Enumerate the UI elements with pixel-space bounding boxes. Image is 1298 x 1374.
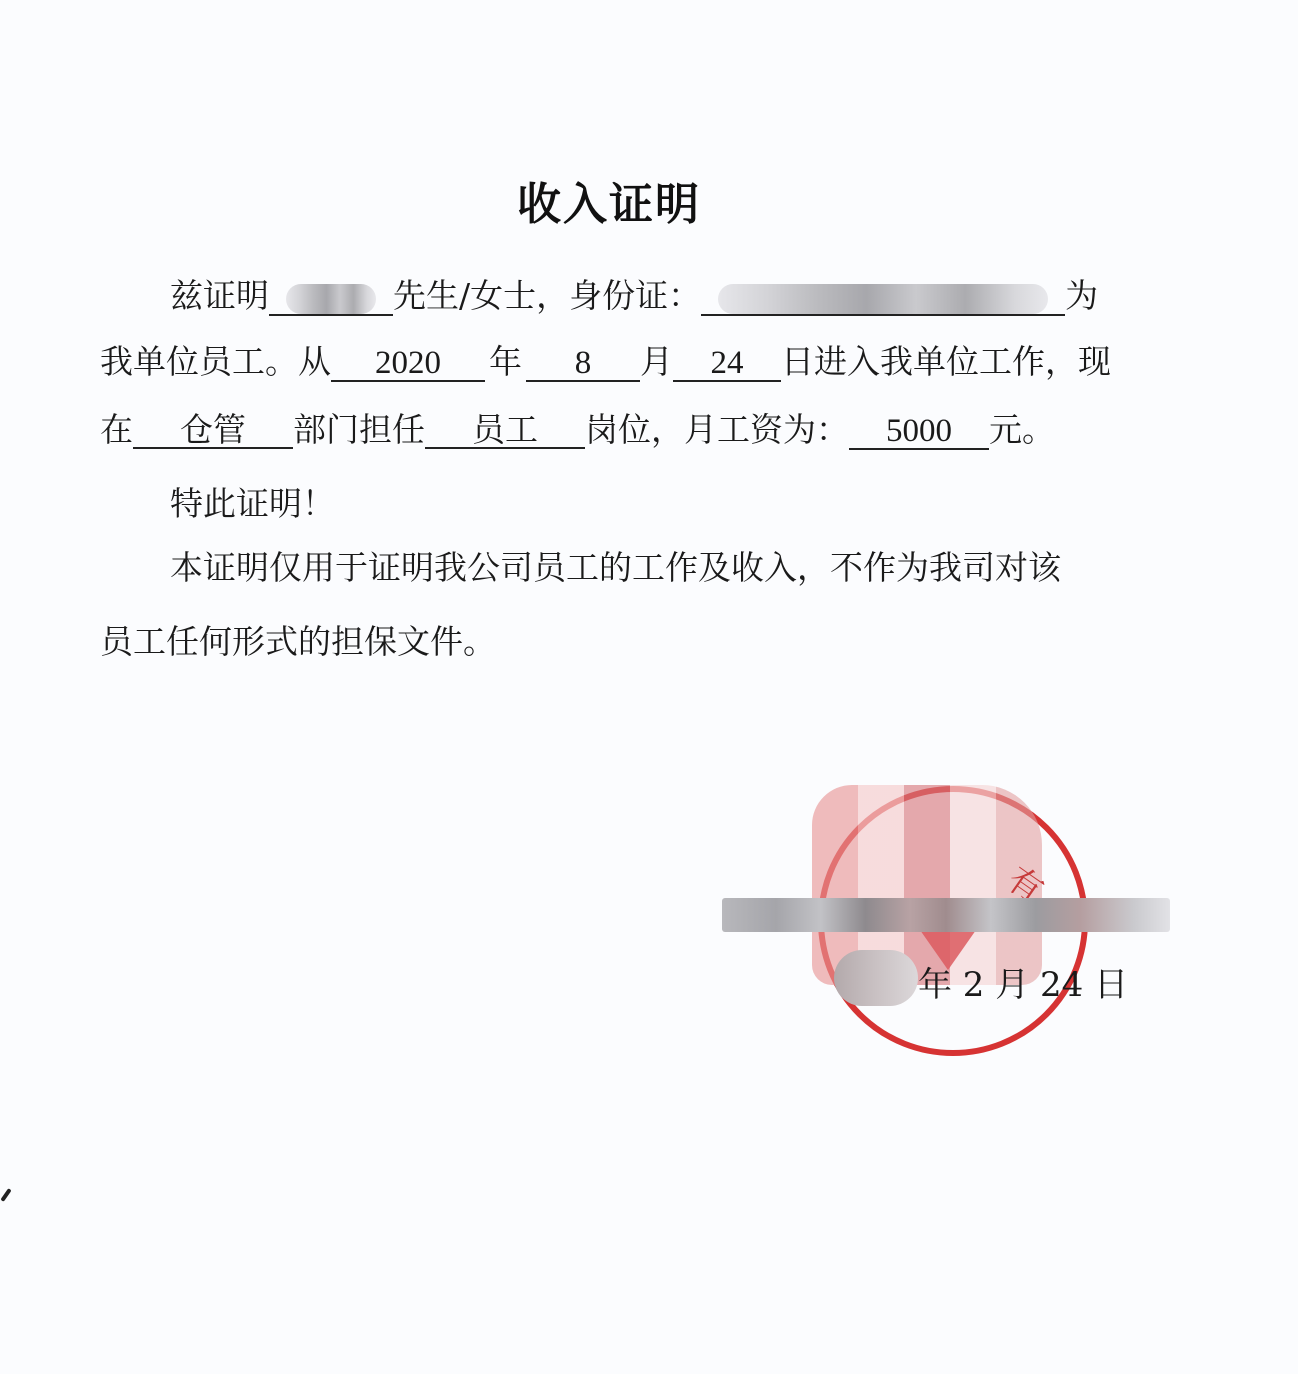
line2-suffix: 日进入我单位工作，现 — [781, 342, 1111, 381]
scan-mark — [0, 1188, 11, 1202]
certify-line-3: 在仓管部门担任员工岗位，月工资为：5000元。 — [100, 410, 1055, 450]
certify-line-2: 我单位员工。从2020年8月24日进入我单位工作，现 — [100, 342, 1111, 382]
position-label: 岗位，月工资为： — [585, 410, 849, 449]
signature-date: 年 2 月 24 日 — [918, 957, 1128, 1006]
company-name-redacted — [722, 898, 1170, 932]
name-field-redacted — [269, 280, 393, 316]
month-label: 月 — [640, 342, 673, 381]
closing-statement: 特此证明！ — [170, 484, 335, 524]
year-label: 年 — [485, 342, 526, 381]
honorific-label: 先生/女士，身份证： — [393, 276, 701, 315]
redaction-blur — [286, 284, 376, 314]
redaction-blur — [718, 284, 1048, 314]
department-label: 部门担任 — [293, 410, 425, 449]
position-field: 员工 — [425, 413, 585, 449]
line1-suffix: 为 — [1065, 276, 1098, 315]
income-certificate-page: 收入证明 兹证明先生/女士，身份证：为 我单位员工。从2020年8月24日进入我… — [0, 0, 1298, 1374]
certify-line-1: 兹证明先生/女士，身份证：为 — [170, 276, 1098, 316]
start-month-field: 8 — [526, 346, 640, 382]
salary-field: 5000 — [849, 414, 989, 450]
document-title: 收入证明 — [0, 168, 1218, 232]
date-year-redacted — [834, 950, 918, 1006]
start-day-field: 24 — [673, 346, 781, 382]
disclaimer-line-1: 本证明仅用于证明我公司员工的工作及收入，不作为我司对该 — [170, 548, 1061, 588]
id-number-redacted — [701, 280, 1065, 316]
line3-prefix: 在 — [100, 410, 133, 449]
disclaimer-line-2: 员工任何形式的担保文件。 — [100, 622, 496, 662]
start-year-field: 2020 — [331, 346, 485, 382]
certify-prefix: 兹证明 — [170, 276, 269, 315]
currency-label: 元。 — [989, 410, 1055, 449]
line2-prefix: 我单位员工。从 — [100, 342, 331, 381]
department-field: 仓管 — [133, 413, 293, 449]
